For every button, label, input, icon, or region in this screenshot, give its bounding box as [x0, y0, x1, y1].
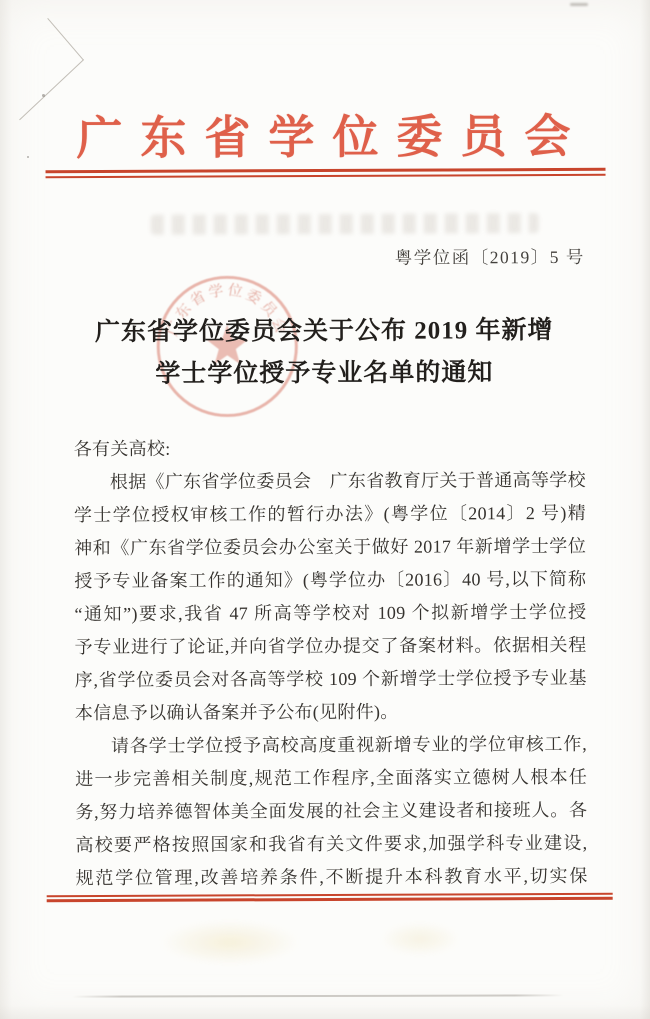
body-line: 予专业进行了论证,并向省学位办提交了备案材料。依据相关程 — [75, 629, 587, 664]
agency-header-title: 广东省学位委员会 — [0, 100, 649, 169]
body-line: 高校要严格按照国家和我省有关文件要求,加强学科专业建设, — [75, 827, 587, 862]
body-line: 授予专业备案工作的通知》(粤学位办〔2016〕40 号,以下简称 — [74, 563, 586, 598]
body-line: 学士学位授权审核工作的暂行办法》(粤学位〔2014〕2 号)精 — [74, 497, 586, 532]
document-reference-number: 粤学位函〔2019〕5 号 — [395, 244, 585, 270]
title-line-1: 广东省学位委员会关于公布 2019 年新增 — [0, 310, 649, 355]
document-content: 广东省学位委员会 粤学位函〔2019〕5 号 广东省学位委员会 广东省学位委员会… — [0, 0, 650, 1019]
body-line: 务,努力培养德智体美全面发展的社会主义建设者和接班人。各 — [75, 794, 587, 829]
body-line: 本信息予以确认备案并予公布(见附件)。 — [75, 695, 587, 730]
bleed-through-artifact — [151, 213, 539, 235]
document-body: 各有关高校: 根据《广东省学位委员会 广东省教育厅关于普通高等学校 学士学位授权… — [74, 431, 588, 895]
header-divider-line — [46, 168, 606, 178]
body-line: “通知”)要求,我省 47 所高等学校对 109 个拟新增学士学位授 — [74, 596, 586, 631]
salutation: 各有关高校: — [74, 431, 586, 466]
scanned-document-page: 广东省学位委员会 粤学位函〔2019〕5 号 广东省学位委员会 广东省学位委员会… — [0, 0, 650, 1019]
body-line: 请各学士学位授予高校高度重视新增专业的学位审核工作, — [75, 728, 587, 763]
title-line-2: 学士学位授予专业名单的通知 — [0, 352, 649, 397]
body-line: 进一步完善相关制度,规范工作程序,全面落实立德树人根本任 — [75, 761, 587, 796]
body-line: 根据《广东省学位委员会 广东省教育厅关于普通高等学校 — [74, 464, 586, 499]
body-line: 序,省学位委员会对各高等学校 109 个新增学士学位授予专业基 — [75, 662, 587, 697]
body-line: 规范学位管理,改善培养条件,不断提升本科教育水平,切实保 — [76, 860, 588, 895]
body-line: 神和《广东省学位委员会办公室关于做好 2017 年新增学士学位 — [74, 530, 586, 565]
document-title: 广东省学位委员会关于公布 2019 年新增 学士学位授予专业名单的通知 — [0, 310, 649, 397]
